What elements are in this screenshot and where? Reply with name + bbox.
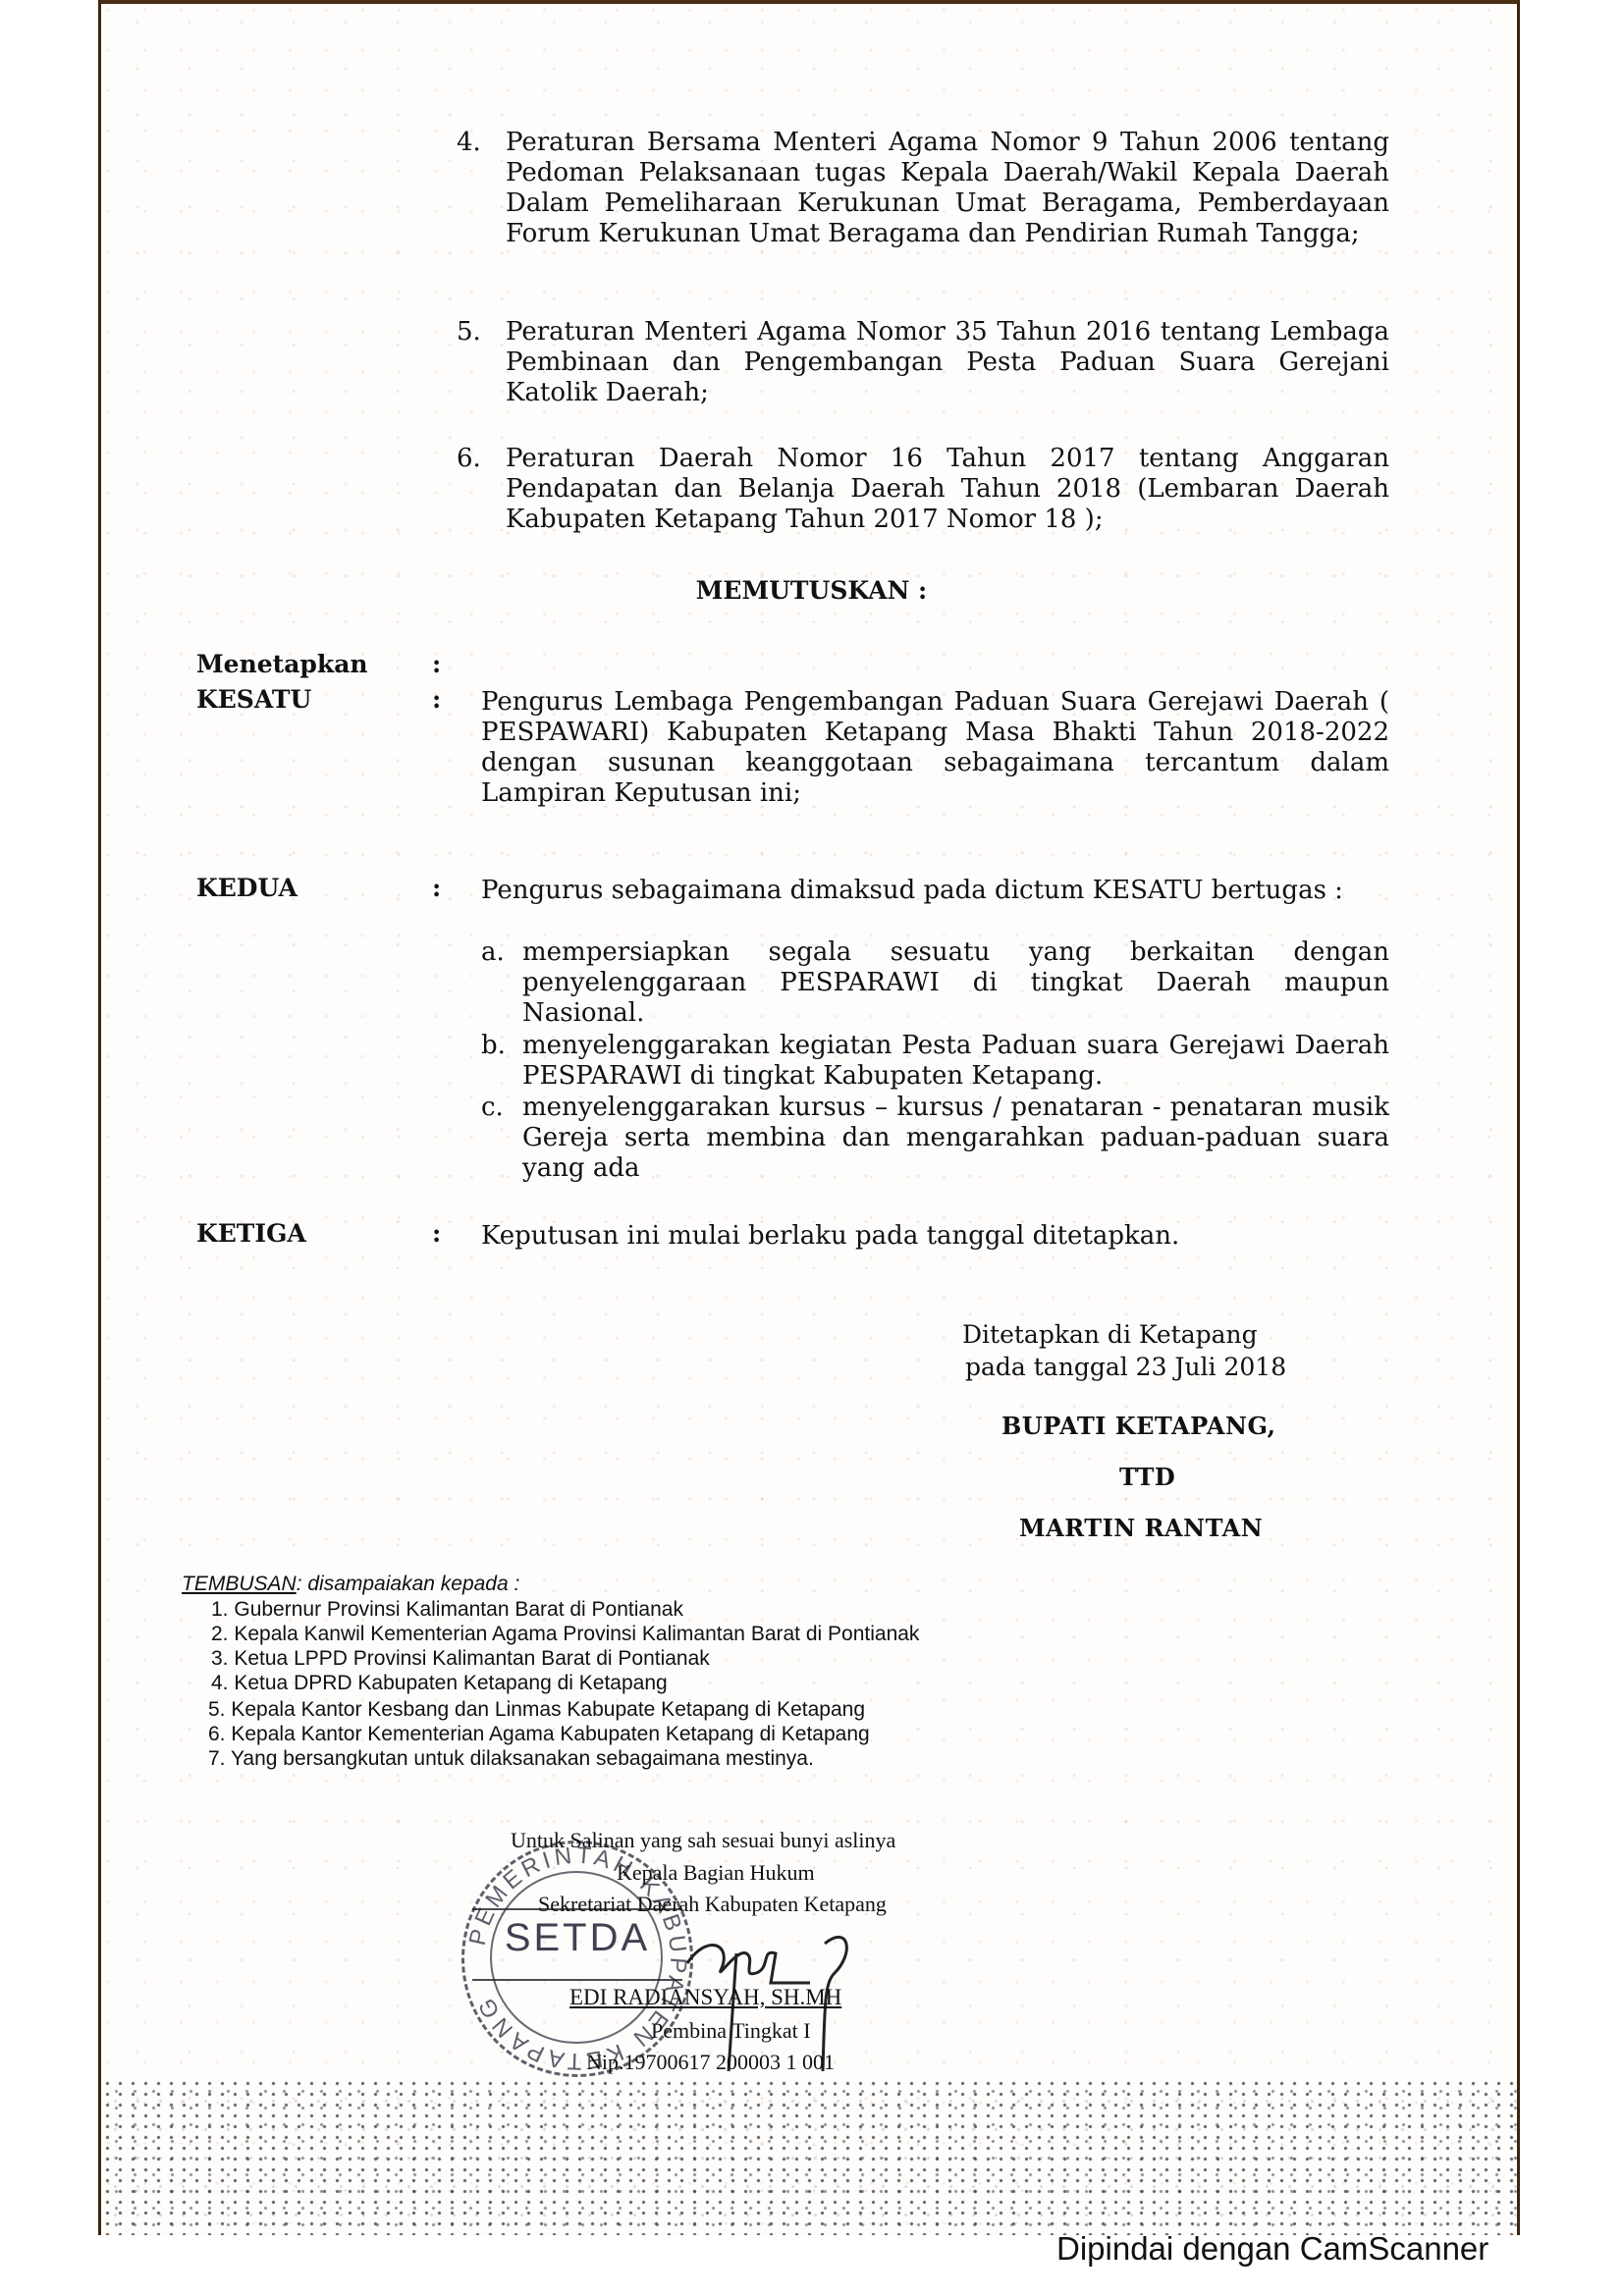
consideration-item: 5. Peraturan Menteri Agama Nomor 35 Tahu… [457,317,1389,408]
dictum-subitem: c. menyelenggarakan kursus – kursus / pe… [481,1093,1389,1184]
signature-place: Ditetapkan di Ketapang [962,1320,1258,1349]
carbon-copy-recipient: 3. Ketua LPPD Provinsi Kalimantan Barat … [211,1647,710,1671]
dictum-text-ketiga: Keputusan ini mulai berlaku pada tanggal… [481,1221,1389,1252]
dictum-colon: : [432,685,441,714]
subitem-letter: b. [481,1031,506,1061]
stamp-center-text: SETDA [464,1916,690,1960]
carbon-copy-recipient: 2. Kepala Kanwil Kementerian Agama Provi… [211,1623,919,1646]
carbon-copy-recipient: 6. Kepala Kantor Kementerian Agama Kabup… [208,1723,870,1746]
legalization-line2: Kepala Bagian Hukum [617,1860,815,1886]
menetapkan-colon: : [432,650,441,678]
signature-ttd: TTD [1119,1463,1175,1491]
signatory-title: BUPATI KETAPANG, [1001,1412,1275,1440]
consideration-text: Peraturan Menteri Agama Nomor 35 Tahun 2… [506,317,1389,408]
carbon-copy-heading: TEMBUSAN: disampaiakan kepada : [182,1574,519,1595]
dictum-colon: : [432,874,441,902]
dictum-label-kesatu: KESATU [196,685,311,714]
scanner-watermark: Dipindai dengan CamScanner [1056,2230,1488,2268]
subitem-letter: a. [481,937,505,968]
consideration-text: Peraturan Daerah Nomor 16 Tahun 2017 ten… [506,444,1389,535]
carbon-copy-recipient: 4. Ketua DPRD Kabupaten Ketapang di Keta… [211,1672,668,1695]
dictum-label-ketiga: KETIGA [196,1219,306,1248]
legalization-line3: Sekretariat Daerah Kabupaten Ketapang [538,1892,887,1917]
carbon-copy-recipient: 5. Kepala Kantor Kesbang dan Linmas Kabu… [208,1698,865,1722]
carbon-copy-recipient: 1. Gubernur Provinsi Kalimantan Barat di… [211,1598,683,1622]
carbon-copy-subtitle: : disampaiakan kepada : [297,1573,520,1595]
dictum-text-kesatu: Pengurus Lembaga Pengembangan Paduan Sua… [481,687,1389,809]
legalization-line1: Untuk Salinan yang sah sesuai bunyi asli… [511,1828,895,1853]
subitem-text: menyelenggarakan kegiatan Pesta Paduan s… [522,1031,1389,1092]
subitem-text: mempersiapkan segala sesuatu yang berkai… [522,937,1389,1029]
subitem-letter: c. [481,1093,504,1123]
menetapkan-label: Menetapkan [196,650,368,678]
consideration-text: Peraturan Bersama Menteri Agama Nomor 9 … [506,128,1389,249]
dictum-subitem: a. mempersiapkan segala sesuatu yang ber… [481,937,1389,1029]
scan-noise [101,2078,1517,2235]
legalization-nip: Nip.19700617 200003 1 001 [586,2050,835,2075]
dictum-colon: : [432,1219,441,1248]
carbon-copy-recipient: 7. Yang bersangkutan untuk dilaksanakan … [208,1747,814,1771]
subitem-text: menyelenggarakan kursus – kursus / penat… [522,1093,1389,1184]
consideration-number: 6. [457,444,481,474]
consideration-item: 4. Peraturan Bersama Menteri Agama Nomor… [457,128,1389,249]
legalization-name: EDI RADIANSYAH, SH.MH [569,1985,841,2010]
dictum-subitem: b. menyelenggarakan kegiatan Pesta Padua… [481,1031,1389,1092]
signature-date: pada tanggal 23 Juli 2018 [965,1353,1286,1381]
carbon-copy-title: TEMBUSAN [182,1573,297,1595]
consideration-item: 6. Peraturan Daerah Nomor 16 Tahun 2017 … [457,444,1389,535]
dictum-text-kedua: Pengurus sebagaimana dimaksud pada dictu… [481,876,1389,906]
decision-heading: MEMUTUSKAN : [0,576,1623,605]
legalization-rank: Pembina Tingkat I [651,2018,811,2044]
signatory-name: MARTIN RANTAN [1019,1514,1263,1542]
consideration-number: 5. [457,317,481,347]
dictum-label-kedua: KEDUA [196,874,298,902]
consideration-number: 4. [457,128,481,158]
